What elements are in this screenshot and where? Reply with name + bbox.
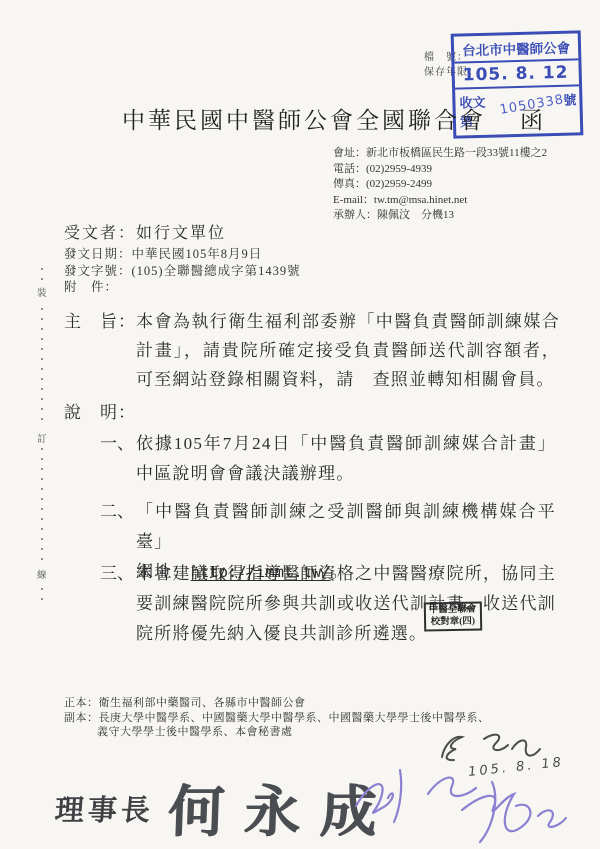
copies-block: 正本：衛生福利部中藥醫司、各縣市中醫師公會 副本：長庚大學中醫學系、中國醫藥大學… <box>64 696 490 740</box>
contact-phone: 電話：(02)2959-4939 <box>333 162 547 178</box>
description-item-3: 三、 本會建議取得指導醫師資格之中醫醫療院所，協同主要訓練醫院院所參與共訓或收送… <box>100 559 560 649</box>
cc-line-2: 義守大學學士後中醫學系、本會秘書處 <box>64 725 490 740</box>
official-letter-page: 檔 號： 保存年限： 台北市中醫師公會 105. 8. 12 收文第 10503… <box>0 0 600 849</box>
item-2-marker: 二、 <box>100 497 136 522</box>
contact-person: 承辦人：陳佩汶 分機13 <box>333 208 547 224</box>
item-3-marker: 三、 <box>100 559 136 584</box>
receipt-stamp-org: 台北市中醫師公會 <box>454 33 579 63</box>
recipient-line: 受文者：如行文單位 <box>64 220 226 243</box>
contact-block: 會址：新北市板橋區民生路一段33號11樓之2 電話：(02)2959-4939 … <box>333 146 547 224</box>
chairman-title: 理事長 <box>54 788 156 829</box>
item-3-text: 本會建議取得指導醫師資格之中醫醫療院所，協同主要訓練醫院院所參與共訓或收送代訓計… <box>136 559 556 649</box>
subject-text: 本會為執行衛生福利部委辦「中醫負責醫師訓練媒合計畫」，請貴院所確定接受負責醫師送… <box>136 307 560 394</box>
binding-margin-line: 裝 訂 線 <box>41 268 43 600</box>
description-label: 說 明： <box>64 398 136 423</box>
proofreading-stamp: 中醫全聯會 校對章(四) <box>424 602 482 632</box>
original-copy-line: 正本：衛生福利部中藥醫司、各縣市中醫師公會 <box>64 696 490 711</box>
organization-title: 中華民國中醫師公會全國聯合會 <box>122 102 486 135</box>
item-2-platform-name: 「中醫負責醫師訓練之受訓醫師與訓練機構媒合平臺」 <box>136 497 556 557</box>
attachment-line: 附 件： <box>64 279 301 296</box>
contact-fax: 傳真：(02)2959-2499 <box>333 177 547 193</box>
binding-char-xian: 線 <box>37 564 47 584</box>
description-item-1: 一、 依據105年7月24日「中醫負責醫師訓練媒合計畫」中區說明會會議決議辦理。 <box>100 429 560 489</box>
contact-email: E-mail：tw.tm@msa.hinet.net <box>333 193 547 209</box>
letter-header: 中華民國中醫師公會全國聯合會 函 <box>122 102 543 135</box>
proof-stamp-line2: 校對章(四) <box>429 616 477 628</box>
binding-char-zhuang: 裝 <box>37 282 47 302</box>
contact-address: 會址：新北市板橋區民生路一段33號11樓之2 <box>333 146 547 162</box>
receipt-stamp-date: 105. 8. 12 <box>454 60 579 87</box>
binding-char-ding: 訂 <box>37 428 47 448</box>
cc-line-1: 副本：長庚大學中醫學系、中國醫藥大學中醫學系、中國醫藥大學學士後中醫學系、 <box>64 711 490 726</box>
doc-number-line: 發文字號：(105)全聯醫總成字第1439號 <box>64 263 301 280</box>
item-1-marker: 一、 <box>100 429 136 454</box>
proof-stamp-line1: 中醫全聯會 <box>429 605 477 617</box>
issue-date-line: 發文日期：中華民國105年8月9日 <box>64 246 301 263</box>
subject-block: 主 旨： 本會為執行衛生福利部委辦「中醫負責醫師訓練媒合計畫」，請貴院所確定接受… <box>64 307 564 394</box>
subject-label: 主 旨： <box>64 307 136 332</box>
document-type: 函 <box>520 102 543 135</box>
purple-signature-handwriting <box>342 754 577 849</box>
item-1-text: 依據105年7月24日「中醫負責醫師訓練媒合計畫」中區說明會會議決議辦理。 <box>136 429 556 489</box>
meta-block: 發文日期：中華民國105年8月9日 發文字號：(105)全聯醫總成字第1439號… <box>64 246 301 296</box>
